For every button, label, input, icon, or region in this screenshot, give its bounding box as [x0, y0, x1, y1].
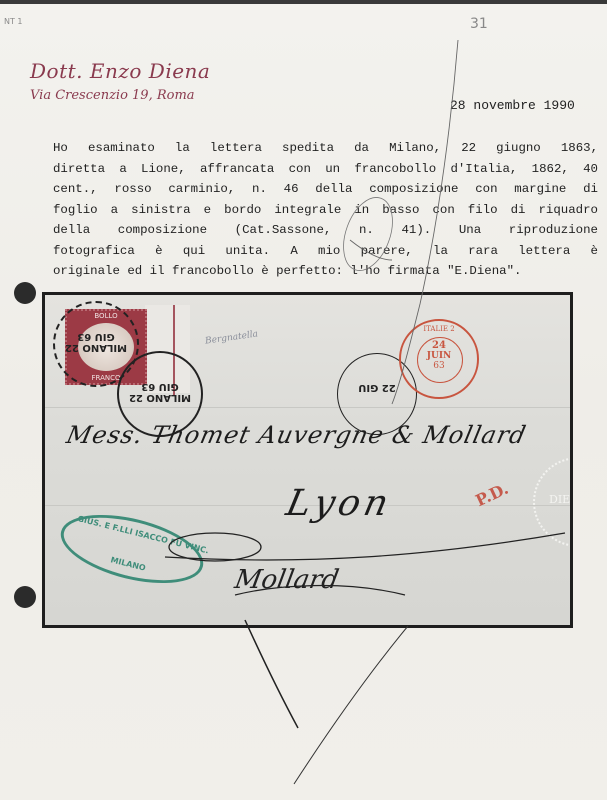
certificate-sheet: NT 1 31 Dott. Enzo Diena Via Crescenzio … [0, 4, 607, 800]
expert-pencil-strokes [0, 4, 607, 800]
